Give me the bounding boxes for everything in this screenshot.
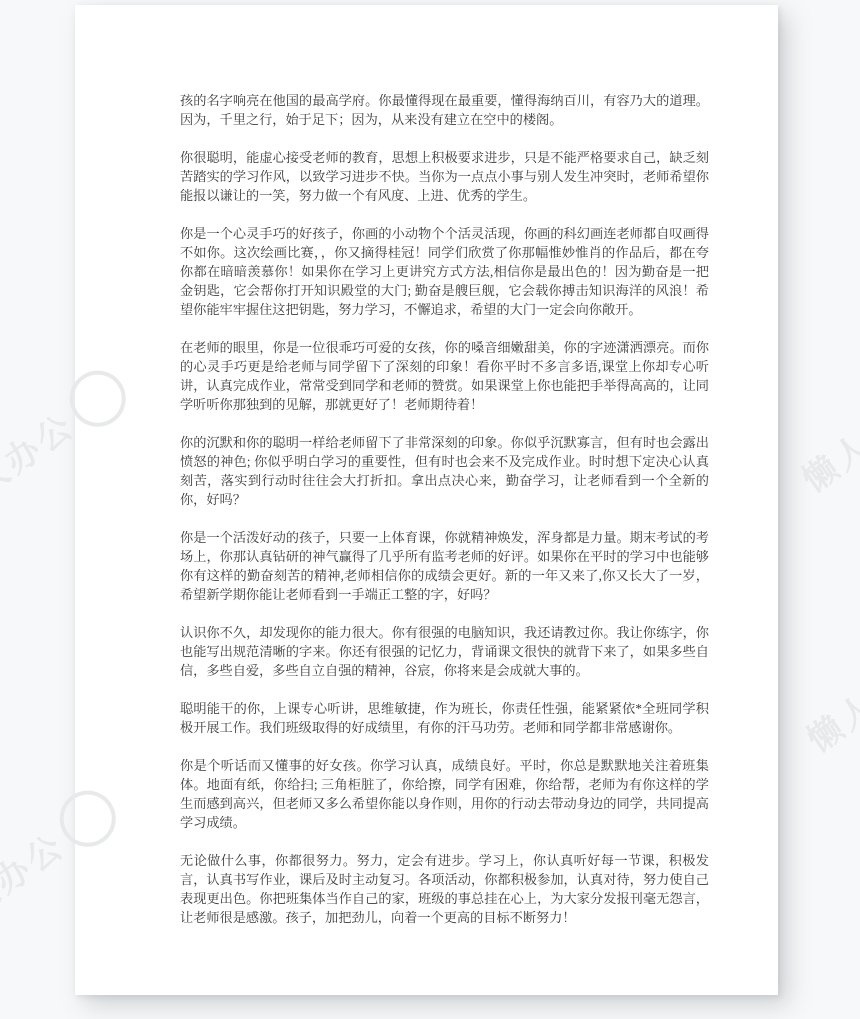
watermark-text: 懒人办公: [0, 819, 73, 946]
watermark: 懒人办公: [788, 333, 860, 504]
paragraph: 认识你不久，却发现你的能力很大。你有很强的电脑知识，我还请教过你。我让你练字，你…: [180, 623, 709, 680]
paragraph: 在老师的眼里，你是一位很乖巧可爱的女孩，你的嗓音细嫩甜美，你的字迹潇洒漂亮。而你…: [180, 338, 709, 414]
document-page: 孩的名字响亮在他国的最高学府。你最懂得现在最重要，懂得海纳百川，有容乃大的道理。…: [75, 5, 778, 995]
paragraph: 聪明能干的你，上课专心听讲，思维敏捷，作为班长，你责任性强，能紧紧依*全班同学积…: [180, 699, 709, 737]
paragraph: 你是一个心灵手巧的好孩子，你画的小动物个个活灵活现，你画的科幻画连老师都自叹画得…: [180, 224, 709, 319]
document-viewer: 懒人办公 懒人办公 孩的名字响亮在他国的最高学府。你最懂得现在最重要，懂得海纳百…: [0, 0, 860, 1019]
paragraph: 你是个听话而又懂事的好女孩。你学习认真，成绩良好。平时，你总是默默地关注着班集体…: [180, 756, 709, 832]
document-body: 孩的名字响亮在他国的最高学府。你最懂得现在最重要，懂得海纳百川，有容乃大的道理。…: [180, 91, 709, 946]
watermark: 懒人办公: [793, 593, 860, 764]
paragraph: 无论做什么事，你都很努力。努力，定会有进步。学习上，你认真听好每一节课，积极发言…: [180, 851, 709, 927]
watermark-text: 懒人办公: [795, 634, 860, 761]
paragraph: 孩的名字响亮在他国的最高学府。你最懂得现在最重要，懂得海纳百川，有容乃大的道理。…: [180, 91, 709, 129]
watermark-text: 懒人办公: [790, 374, 860, 501]
paragraph: 你是一个活泼好动的孩子，只要一上体育课，你就精神焕发，浑身都是力量。期末考试的考…: [180, 528, 709, 604]
watermark-text: 懒人办公: [0, 399, 83, 526]
paragraph: 你很聪明，能虚心接受老师的教育，思想上积极要求进步，只是不能严格要求自己，缺乏刻…: [180, 148, 709, 205]
paragraph: 你的沉默和你的聪明一样给老师留下了非常深刻的印象。你似乎沉默寡言，但有时也会露出…: [180, 433, 709, 509]
